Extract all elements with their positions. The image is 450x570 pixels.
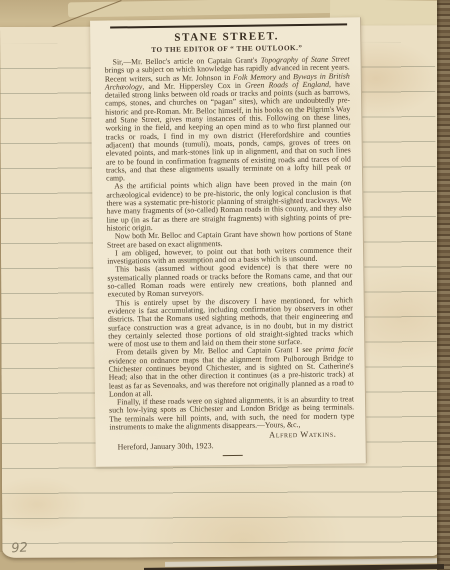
paragraph: Sir,—Mr. Belloc's article on Captain Gra…	[105, 55, 352, 183]
paragraph: This basis (assumed without good evidenc…	[107, 263, 352, 299]
clipping-top-rule	[110, 23, 347, 28]
clipping-subtitle: TO THE EDITOR OF “ THE OUTLOOK.”	[104, 43, 349, 54]
paragraph: This is entirely upset by the discovery …	[108, 296, 354, 349]
paragraph: Finally, if these roads were on sighted …	[109, 396, 354, 432]
torn-paper-strip	[68, 0, 353, 17]
clipping-title: STANE STREET.	[104, 29, 349, 44]
paragraph: As the artificial points which align hav…	[106, 180, 352, 233]
end-rule	[222, 455, 242, 456]
clipping-body: Sir,—Mr. Belloc's article on Captain Gra…	[105, 55, 355, 432]
newspaper-clipping: STANE STREET. TO THE EDITOR OF “ THE OUT…	[90, 17, 367, 467]
scrapbook-photo: STANE STREET. TO THE EDITOR OF “ THE OUT…	[0, 0, 450, 570]
scrapbook-page: STANE STREET. TO THE EDITOR OF “ THE OUT…	[0, 25, 439, 558]
book-right-edge	[437, 0, 450, 570]
page-number: 92	[11, 540, 28, 556]
paragraph: From details given by Mr. Belloc and Cap…	[108, 346, 354, 399]
dateline: Hereford, January 30th, 1923.	[110, 440, 355, 452]
